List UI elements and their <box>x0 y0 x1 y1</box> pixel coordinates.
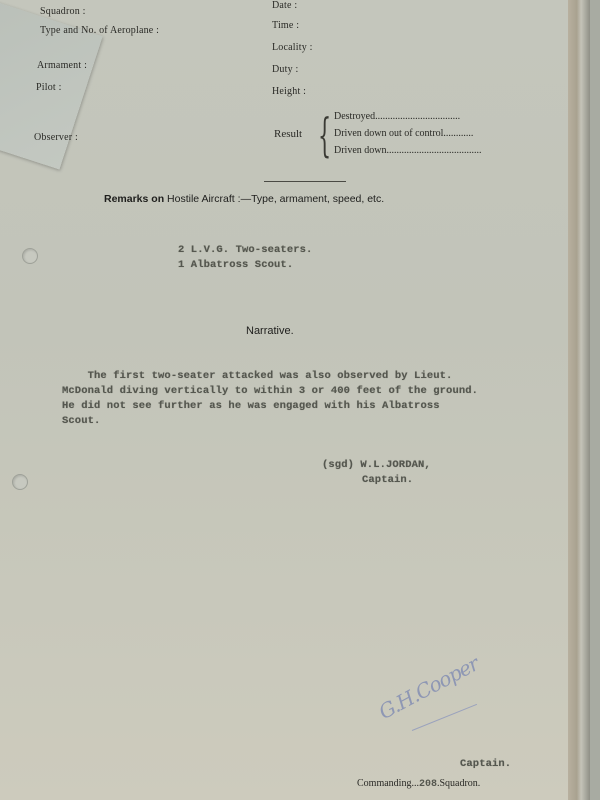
narrative-heading: Narrative. <box>246 325 294 337</box>
remarks-heading-rest: —Type, armament, speed, etc. <box>241 193 385 205</box>
commanding-line: Commanding...208.Squadron. <box>357 778 480 790</box>
squadron-label: Squadron : <box>40 6 86 17</box>
result-driven-down-out-of-control: Driven down out of control............ <box>334 128 473 139</box>
result-label: Result <box>274 128 302 140</box>
time-label: Time : <box>272 20 299 31</box>
handwritten-signature: G.H.Cooper <box>375 652 483 724</box>
punch-hole <box>12 474 28 490</box>
remarks-heading: Remarks on Hostile Aircraft :—Type, arma… <box>104 193 384 205</box>
observer-label: Observer : <box>34 132 78 143</box>
section-divider <box>264 181 346 182</box>
pilot-label: Pilot : <box>36 82 62 93</box>
captain-stamp: Captain. <box>460 758 511 770</box>
narrative-line: The first two-seater attacked was also o… <box>62 370 452 382</box>
remarks-line: 1 Albatross Scout. <box>178 259 293 271</box>
remarks-line: 2 L.V.G. Two-seaters. <box>178 244 312 256</box>
duty-label: Duty : <box>272 64 298 75</box>
signed-rank: Captain. <box>362 474 413 486</box>
squadron-number: 208 <box>419 779 437 790</box>
armament-label: Armament : <box>37 60 87 71</box>
narrative-line: McDonald diving vertically to within 3 o… <box>62 385 478 397</box>
narrative-line: Scout. <box>62 415 100 427</box>
commanding-suffix: .Squadron. <box>437 778 480 789</box>
date-label: Date : <box>272 0 297 11</box>
aeroplane-type-label: Type and No. of Aeroplane : <box>40 25 159 36</box>
result-destroyed: Destroyed...............................… <box>334 111 460 122</box>
punch-hole <box>22 248 38 264</box>
stacked-pages-edge <box>568 0 590 800</box>
remarks-heading-mid: Hostile Aircraft : <box>167 193 241 205</box>
narrative-line: He did not see further as he was engaged… <box>62 400 440 412</box>
result-driven-down: Driven down.............................… <box>334 145 482 156</box>
signature-underline <box>412 704 477 731</box>
remarks-heading-lead: Remarks on <box>104 193 164 205</box>
locality-label: Locality : <box>272 42 313 53</box>
signed-by: (sgd) W.L.JORDAN, <box>322 459 431 471</box>
report-page: Squadron : Type and No. of Aeroplane : A… <box>0 0 590 800</box>
result-brace: { <box>318 112 331 158</box>
height-label: Height : <box>272 86 306 97</box>
commanding-prefix: Commanding... <box>357 778 419 789</box>
